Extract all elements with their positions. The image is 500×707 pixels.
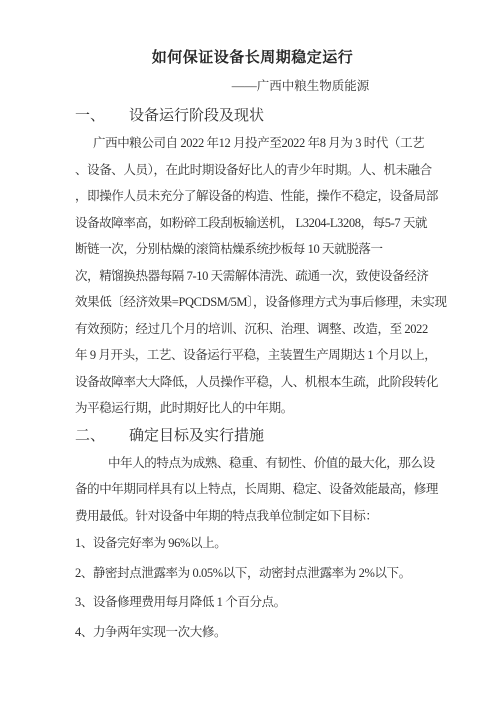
paragraph-line: 备的中年期同样具有以上特点，长周期、稳定、设备效能最高，修理 (75, 476, 430, 503)
paragraph-line: 次，精馏换热器每隔 7-10 天需解体清洗、疏通一次，致使设备经济 (75, 263, 430, 290)
paragraph-line: 设备故障率高，如粉碎工段刮板输送机， L3204-L3208，每5-7 天就 (75, 210, 430, 237)
paragraph-line: 、设备、人员），在此时期设备好比人的青少年时期。人、机未融合 (75, 157, 430, 184)
doc-byline: ——广西中粮生物质能源 (75, 70, 430, 102)
paragraph-line: 费用最低。针对设备中年期的特点我单位制定如下目标： (75, 503, 430, 530)
heading-number: 二、 (75, 428, 105, 444)
heading-text: 设备运行阶段及现状 (129, 108, 264, 124)
paragraph-line: 断链一次，分别枯燥的滚筒枯燥系统抄板每 10 天就脱落一 (75, 236, 430, 263)
paragraph-line: 为平稳运行期，此时期好比人的中年期。 (75, 395, 430, 422)
heading-number: 一、 (75, 108, 105, 124)
paragraph-line: 中年人的特点为成熟、稳重、有韧性、价值的最大化，那么设 (75, 450, 430, 477)
list-item: 2、静密封点泄露率为 0.05%以下，动密封点泄露率为 2%以下。 (75, 559, 430, 589)
section-2-body: 中年人的特点为成熟、稳重、有韧性、价值的最大化，那么设 备的中年期同样具有以上特… (75, 450, 430, 530)
section-heading-2: 二、确定目标及实行措施 (75, 422, 430, 450)
paragraph-line: 广西中粮公司自 2022 年12 月投产至2022 年8 月为 3 时代（工艺 (75, 130, 430, 157)
doc-title: 如何保证设备长周期稳定运行 (75, 44, 430, 70)
document-page: 如何保证设备长周期稳定运行 ——广西中粮生物质能源 一、设备运行阶段及现状 广西… (0, 0, 500, 707)
section-1-body: 广西中粮公司自 2022 年12 月投产至2022 年8 月为 3 时代（工艺 … (75, 130, 430, 422)
paragraph-line: 年 9 月开头，工艺、设备运行平稳，主装置生产周期达 1 个月以上， (75, 342, 430, 369)
heading-text: 确定目标及实行措施 (129, 428, 264, 444)
list-item: 1、设备完好率为 96%以上。 (75, 529, 430, 559)
paragraph-line: 有效预防；经过几个月的培训、沉积、治理、调整、改造，至 2022 (75, 316, 430, 343)
list-item: 4、力争两年实现一次大修。 (75, 618, 430, 648)
paragraph-line: 设备故障率大大降低，人员操作平稳，人、机根本生疏，此阶段转化 (75, 369, 430, 396)
section-heading-1: 一、设备运行阶段及现状 (75, 102, 430, 130)
goal-list: 1、设备完好率为 96%以上。 2、静密封点泄露率为 0.05%以下，动密封点泄… (75, 529, 430, 647)
paragraph-line: ，即操作人员未充分了解设备的构造、性能，操作不稳定，设备局部 (75, 183, 430, 210)
list-item: 3、设备修理费用每月降低 1 个百分点。 (75, 588, 430, 618)
paragraph-line: 效果低〔经济效果=PQCDSM/5M〕，设备修理方式为事后修理，未实现 (75, 289, 430, 316)
